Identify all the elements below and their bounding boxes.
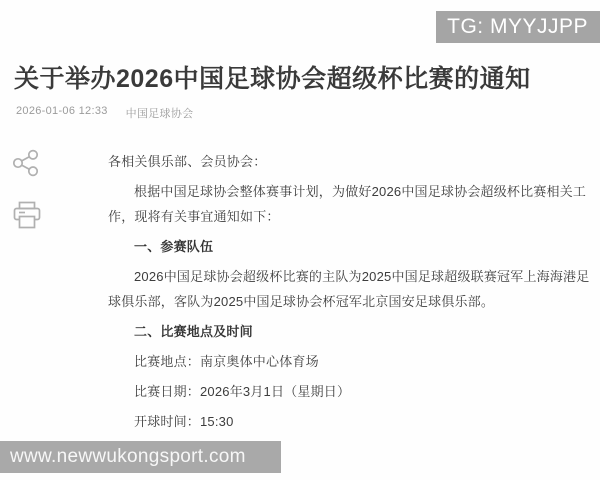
article-meta: 2026-01-06 12:33 中国足球协会 (16, 105, 193, 121)
page-title: 关于举办2026中国足球协会超级杯比赛的通知 (14, 62, 584, 96)
article-page: TG: MYYJJPP 关于举办2026中国足球协会超级杯比赛的通知 2026-… (0, 0, 600, 480)
publish-timestamp: 2026-01-06 12:33 (16, 105, 108, 121)
site-watermark: www.newwukongsport.com (0, 441, 281, 473)
article-body: 各相关俱乐部、会员协会： 根据中国足球协会整体赛事计划，为做好2026中国足球协… (108, 149, 592, 439)
action-icon-rail (12, 149, 42, 232)
share-button[interactable] (12, 149, 40, 177)
share-icon (12, 149, 40, 177)
article-source: 中国足球协会 (126, 105, 194, 121)
print-button[interactable] (12, 200, 42, 232)
intro-paragraph: 根据中国足球协会整体赛事计划，为做好2026中国足球协会超级杯比赛相关工作，现将… (108, 179, 592, 229)
telegram-badge: TG: MYYJJPP (436, 11, 600, 43)
kickoff-time-line: 开球时间：15:30 (108, 409, 592, 434)
print-icon (12, 200, 42, 232)
section-1-paragraph: 2026中国足球协会超级杯比赛的主队为2025中国足球超级联赛冠军上海海港足球俱… (108, 264, 592, 314)
match-venue-line: 比赛地点：南京奥体中心体育场 (108, 349, 592, 374)
salutation-paragraph: 各相关俱乐部、会员协会： (108, 149, 592, 174)
section-1-heading: 一、参赛队伍 (108, 234, 592, 259)
match-date-line: 比赛日期：2026年3月1日（星期日） (108, 379, 592, 404)
section-2-heading: 二、比赛地点及时间 (108, 319, 592, 344)
